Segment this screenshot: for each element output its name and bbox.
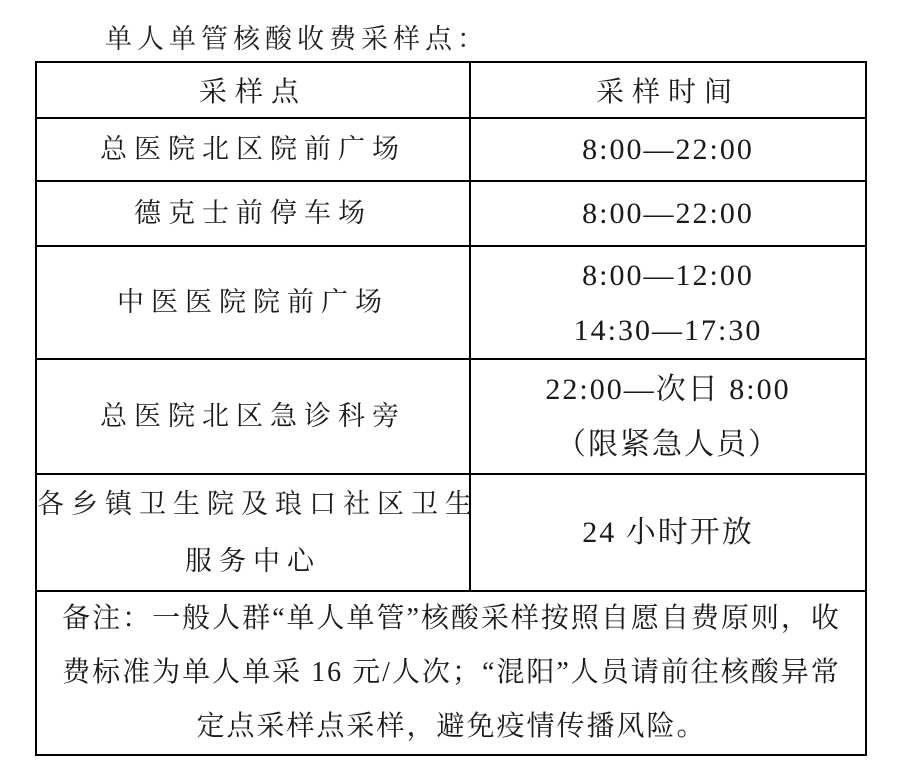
- time-cell: 8:00—22:00: [470, 181, 866, 246]
- site-cell: 德克士前停车场: [36, 181, 470, 246]
- table-row: 德克士前停车场 8:00—22:00: [36, 181, 866, 246]
- note-text: 定点采样点采样，避免疫情传播风险。: [50, 700, 853, 754]
- sampling-time-restriction: （限紧急人员）: [471, 417, 865, 472]
- site-cell: 中医医院院前广场: [36, 246, 470, 359]
- document-page: 单人单管核酸收费采样点： 采样点 采样时间 总医院北区院前广场 8: [0, 0, 898, 773]
- time-cell: 8:00—22:00: [470, 118, 866, 181]
- page-title: 单人单管核酸收费采样点：: [105, 17, 489, 56]
- site-name: 服务中心: [37, 533, 469, 590]
- note-cell: 备注：一般人群“单人单管”核酸采样按照自愿自费原则，收 费标准为单人单采 16 …: [36, 591, 866, 755]
- site-cell: 总医院北区院前广场: [36, 118, 470, 181]
- sampling-points-table: 采样点 采样时间 总医院北区院前广场 8:00—22:00 德克士前停车场: [35, 61, 867, 756]
- table-header-row: 采样点 采样时间: [36, 62, 866, 118]
- time-cell: 24 小时开放: [470, 474, 866, 591]
- site-name: 总医院北区急诊科旁: [37, 388, 469, 445]
- site-cell: 各乡镇卫生院及琅口社区卫生 服务中心: [36, 474, 470, 591]
- sampling-time: 14:30—17:30: [471, 303, 865, 358]
- sampling-time: 8:00—22:00: [471, 122, 865, 177]
- table-row: 中医医院院前广场 8:00—12:00 14:30—17:30: [36, 246, 866, 359]
- column-header-site: 采样点: [36, 62, 470, 118]
- site-name: 中医医院院前广场: [37, 274, 469, 331]
- column-header-time-label: 采样时间: [471, 70, 865, 110]
- note-row: 备注：一般人群“单人单管”核酸采样按照自愿自费原则，收 费标准为单人单采 16 …: [36, 591, 866, 755]
- table-row: 总医院北区急诊科旁 22:00—次日 8:00 （限紧急人员）: [36, 359, 866, 474]
- site-name: 德克士前停车场: [37, 185, 469, 242]
- table-row: 各乡镇卫生院及琅口社区卫生 服务中心 24 小时开放: [36, 474, 866, 591]
- table-row: 总医院北区院前广场 8:00—22:00: [36, 118, 866, 181]
- sampling-time: 24 小时开放: [471, 505, 865, 560]
- note-text: 备注：一般人群“单人单管”核酸采样按照自愿自费原则，收: [50, 592, 853, 646]
- time-cell: 8:00—12:00 14:30—17:30: [470, 246, 866, 359]
- site-name: 总医院北区院前广场: [37, 121, 469, 178]
- column-header-site-label: 采样点: [37, 70, 469, 110]
- site-cell: 总医院北区急诊科旁: [36, 359, 470, 474]
- column-header-time: 采样时间: [470, 62, 866, 118]
- site-name: 各乡镇卫生院及琅口社区卫生: [37, 476, 469, 533]
- sampling-time: 8:00—22:00: [471, 186, 865, 241]
- sampling-time: 22:00—次日 8:00: [471, 362, 865, 417]
- note-text: 费标准为单人单采 16 元/人次；“混阳”人员请前往核酸异常: [50, 646, 853, 700]
- sampling-time: 8:00—12:00: [471, 248, 865, 303]
- time-cell: 22:00—次日 8:00 （限紧急人员）: [470, 359, 866, 474]
